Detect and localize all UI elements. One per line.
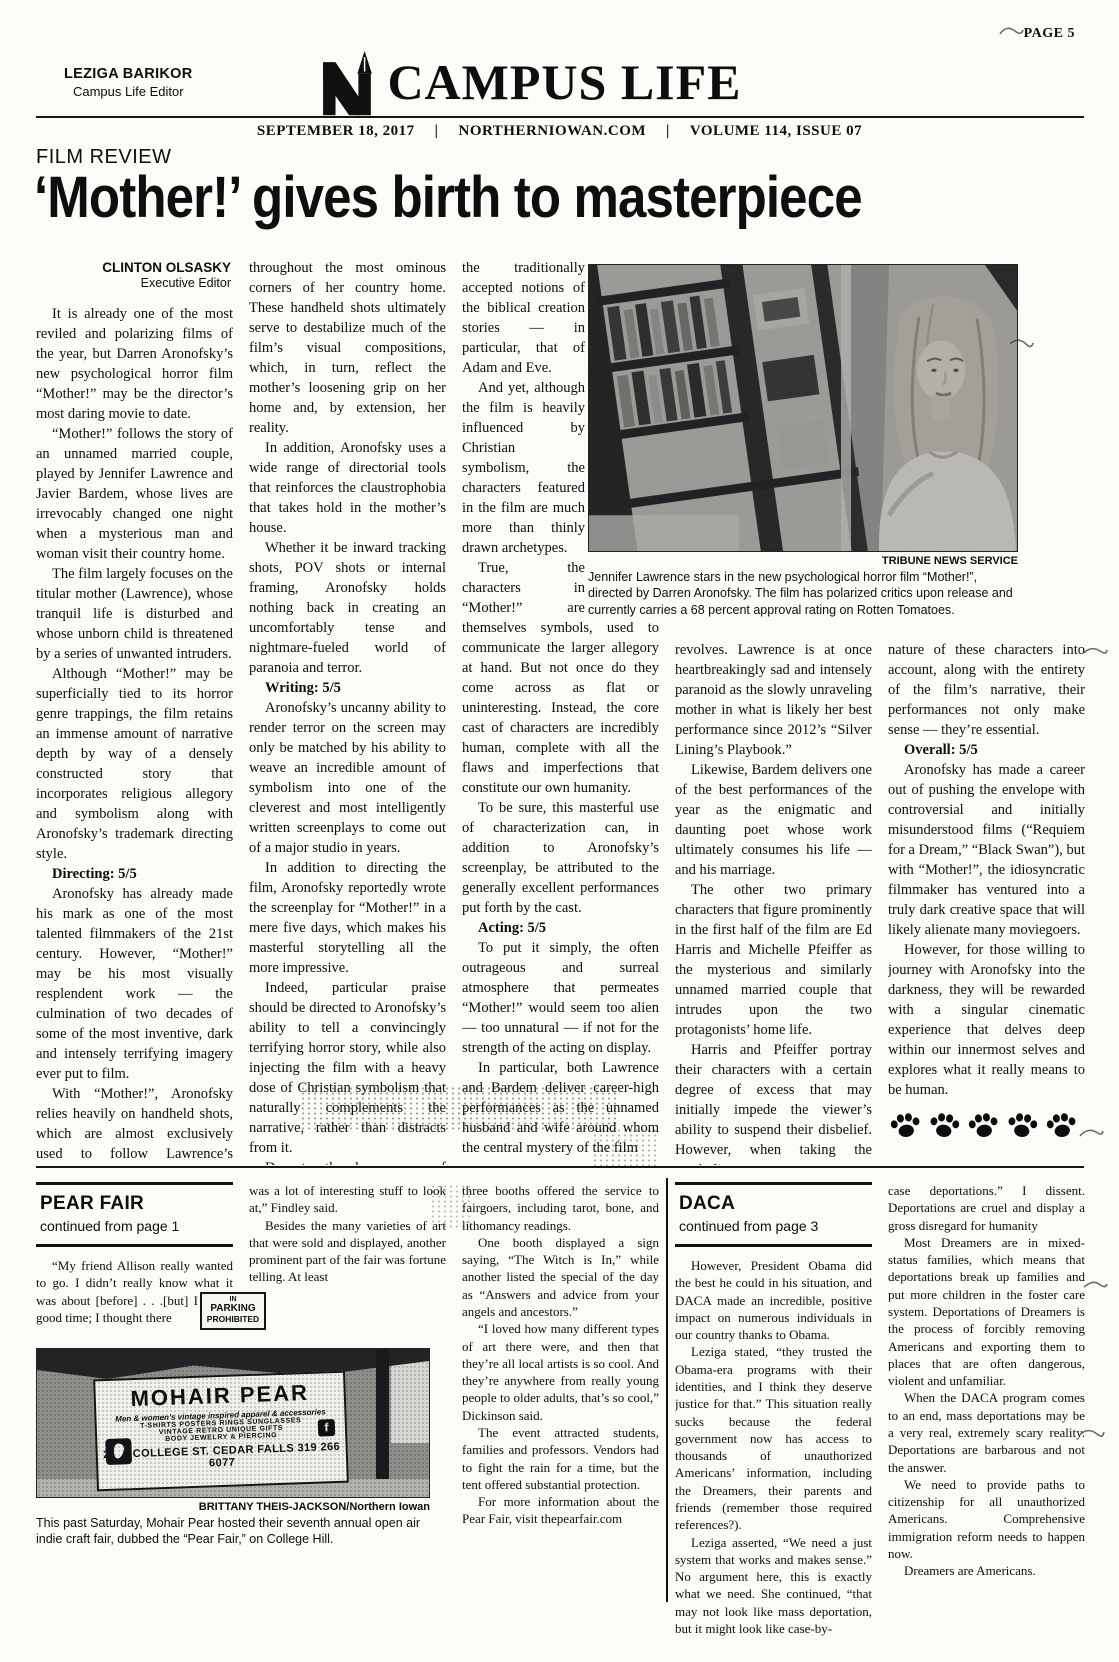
article-paragraph: three booths offered the service to fair… [462,1182,659,1234]
article-paragraph: Likewise, Bardem delivers one of the bes… [675,760,872,880]
rating-subhead: Overall: 5/5 [888,740,1085,760]
dateline-separator: | [435,123,439,140]
paw-print-icon [929,1112,960,1139]
byline-title: Executive Editor [36,276,231,290]
pen-mark [1079,1426,1105,1445]
dateline: SEPTEMBER 18, 2017 | NORTHERNIOWAN.COM |… [0,123,1119,140]
article-paragraph: However, President Obama did the best he… [675,1257,872,1343]
article-paragraph: Indeed, particular praise should be dire… [249,978,446,1158]
review-article: CLINTON OLSASKY Executive Editor It is a… [36,258,1085,1165]
dateline-issue: VOLUME 114, ISSUE 07 [690,123,862,140]
pen-mark [1082,1278,1108,1297]
daca-column-2: case deportations.” I dissent. Deportati… [888,1182,1085,1660]
pen-mark [1078,1126,1104,1145]
headline-text: ‘Mother!’ gives birth to masterpiece [34,168,862,229]
pen-mark [1082,644,1108,663]
paw-rating [888,1112,1085,1139]
article-paragraph: The event attracted students, families a… [462,1424,659,1493]
byline-name: CLINTON OLSASKY [36,260,231,275]
article-paragraph: “Mother!” follows the story of an unname… [36,424,233,564]
article-paragraph: In addition to directing the film, Arono… [249,858,446,978]
article-paragraph: It is already one of the most reviled an… [36,304,233,424]
northern-iowan-logo-icon [321,48,375,116]
article-paragraph: To put it simply, the often outrageous a… [462,938,659,1058]
page-number: PAGE 5 [1024,26,1075,42]
article-paragraph: Leziga stated, “they trusted the Obama-e… [675,1343,872,1533]
article-paragraph: In addition, Aronofsky uses a wide range… [249,438,446,538]
article-paragraph: The film largely focuses on the titular … [36,564,233,664]
article-paragraph: Although “Mother!” may be superficially … [36,664,233,864]
column-text: However, President Obama did the best he… [675,1257,872,1637]
article-paragraph: We need to provide paths to citizenship … [888,1476,1085,1562]
daca-header: DACA continued from page 3 [675,1182,872,1247]
article-column-2: throughout the most ominous corners of h… [249,258,446,1165]
pen-mark [998,24,1024,43]
pearfair-title: PEAR FAIR [40,1193,229,1215]
article-paragraph: When the DACA program comes to an end, m… [888,1389,1085,1475]
rating-subhead: Acting: 5/5 [462,918,659,938]
masthead-rule [36,116,1084,118]
film-still-block: TRIBUNE NEWS SERVICE Jennifer Lawrence s… [588,264,1018,618]
rating-subhead: Writing: 5/5 [249,678,446,698]
continuations-section: PEAR FAIR continued from page 1 “My frie… [36,1182,1085,1660]
article-paragraph: throughout the most ominous corners of h… [249,258,446,438]
article-paragraph: The other two primary characters that fi… [675,880,872,1040]
article-paragraph: Dreamers are Americans. [888,1562,1085,1579]
paw-print-icon [968,1112,999,1139]
rating-subhead: Directing: 5/5 [36,864,233,884]
column-text: It is already one of the most reviled an… [36,304,233,1165]
daca-title: DACA [679,1193,868,1215]
paw-print-icon [1046,1112,1077,1139]
headline: ‘Mother!’ gives birth to masterpiece [34,168,1094,229]
pearfair-photo-credit: BRITTANY THEIS-JACKSON/Northern Iowan [36,1501,430,1513]
article-paragraph: Most Dreamers are in mixed-status famili… [888,1234,1085,1390]
article-paragraph: was a lot of interesting stuff to look a… [249,1182,446,1217]
article-paragraph: However, for those willing to journey wi… [888,940,1085,1100]
article-paragraph: Aronofsky’s uncanny ability to render te… [249,698,446,858]
article-paragraph: Due to the heavy use of Christian symbol… [249,1158,446,1165]
section-title: CAMPUS LIFE [387,48,741,116]
pearfair-photo-caption: This past Saturday, Mohair Pear hosted t… [36,1515,430,1547]
article-paragraph: nature of these characters into account,… [888,640,1085,740]
dateline-date: SEPTEMBER 18, 2017 [257,123,415,140]
article-column-1: CLINTON OLSASKY Executive Editor It is a… [36,258,233,1165]
pearfair-photo-block: IN PARKING PROHIBITED MOHAIR PEAR Men & … [36,1348,430,1547]
article-paragraph: Harris and Pfeiffer portray their charac… [675,1040,872,1165]
article-paragraph: revolves. Lawrence is at once heartbreak… [675,640,872,760]
article-paragraph: In particular, both Lawrence and Bardem … [462,1058,659,1158]
article-paragraph: With “Mother!”, Aronofsky relies heavily… [36,1084,233,1165]
article-paragraph: Aronofsky has made a career out of pushi… [888,760,1085,940]
article-paragraph: For more information about the Pear Fair… [462,1493,659,1528]
paw-print-icon [890,1112,921,1139]
photo-caption: Jennifer Lawrence stars in the new psych… [588,569,1018,618]
article-paragraph: case deportations.” I dissent. Deportati… [888,1182,1085,1234]
photo-grain [37,1349,429,1497]
masthead: CAMPUS LIFE [0,48,1091,116]
article-paragraph: Whether it be inward tracking shots, POV… [249,538,446,678]
article-paragraph: Besides the many varieties of art that w… [249,1217,446,1286]
column-text: nature of these characters into account,… [888,640,1085,1100]
pearfair-photo: MOHAIR PEAR Men & women’s vintage inspir… [36,1348,430,1498]
article-paragraph: Leziga asserted, “We need a just system … [675,1534,872,1638]
parking-sign: IN PARKING PROHIBITED [200,1292,266,1330]
daca-column-1: DACA continued from page 3 However, Pres… [675,1182,872,1660]
newspaper-page: PAGE 5 LEZIGA BARIKOR Campus Life Editor… [0,0,1119,1662]
daca-continued: continued from page 3 [679,1218,868,1234]
article-paragraph: “I loved how many different types of art… [462,1320,659,1424]
paw-print-icon [1007,1112,1038,1139]
pearfair-continued: continued from page 1 [40,1218,229,1234]
article-paragraph: One booth displayed a sign saying, “The … [462,1234,659,1320]
pen-mark [1008,336,1034,355]
section-divider-rule [36,1166,1084,1168]
dateline-site: NORTHERNIOWAN.COM [458,123,646,140]
film-still-photo [588,264,1018,552]
pearfair-column-3: three booths offered the service to fair… [462,1182,659,1660]
byline: CLINTON OLSASKY Executive Editor [36,260,231,290]
vertical-divider [666,1178,668,1602]
photo-credit: TRIBUNE NEWS SERVICE [588,555,1018,567]
pearfair-header: PEAR FAIR continued from page 1 [36,1182,233,1247]
article-paragraph: To be sure, this masterful use of charac… [462,798,659,918]
article-paragraph: Aronofsky has already made his mark as o… [36,884,233,1084]
dateline-separator: | [666,123,670,140]
